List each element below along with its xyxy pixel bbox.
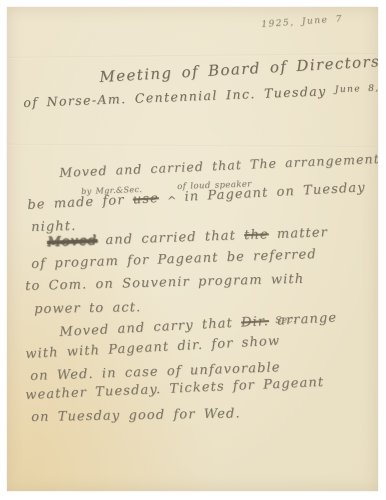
paper: 1925, June 7Meeting of Board of Director… <box>7 7 378 491</box>
text-segment: and carried that <box>97 228 244 248</box>
text-segment-overstrike: Moved <box>47 233 97 250</box>
text-segment-strike: Dir. <box>241 314 270 330</box>
text-segment: of Norse-Am. Centennial Inc. Tuesday <box>23 83 335 110</box>
text-segment-small: June 8, <box>335 84 378 96</box>
text-segment: to Com. on Souvenir program with <box>25 272 304 294</box>
text-segment: 1925, June 7 <box>261 14 343 30</box>
text-segment: power to act. <box>34 300 141 317</box>
scan-background: 1925, June 7Meeting of Board of Director… <box>0 0 386 500</box>
text-segment: of program for Pageant be referred <box>31 247 317 272</box>
handwritten-line: on Tuesday good for Wed. <box>31 406 241 425</box>
text-segment: Meeting of Board of Directors <box>99 52 378 86</box>
text-segment: be made for <box>27 192 133 213</box>
text-segment-strike: use <box>132 191 159 207</box>
text-segment-strike: the <box>244 227 269 243</box>
paper-crease <box>7 144 378 149</box>
text-segment: Moved and carried that The arrangements <box>59 151 378 180</box>
handwritten-line: night. <box>31 219 77 235</box>
date-annotation: 1925, June 7 <box>261 14 343 30</box>
text-segment: matter <box>268 225 328 242</box>
interlinear-insertion: Sec. <box>275 315 296 326</box>
heading-line: of Norse-Am. Centennial Inc. Tuesday Jun… <box>23 81 378 110</box>
heading-line: Meeting of Board of Directors <box>99 52 378 86</box>
handwritten-line: power to act. <box>34 300 141 317</box>
handwritten-line: Moved and carried that the matter <box>47 225 328 250</box>
handwritten-line: of program for Pageant be referred <box>31 247 317 272</box>
text-segment: night. <box>31 219 77 235</box>
text-segment: on Tuesday good for Wed. <box>31 406 241 425</box>
handwritten-line: Moved and carried that The arrangements <box>59 151 378 180</box>
text-segment: Sec. <box>275 315 296 326</box>
handwritten-line: to Com. on Souvenir program with <box>25 272 304 294</box>
